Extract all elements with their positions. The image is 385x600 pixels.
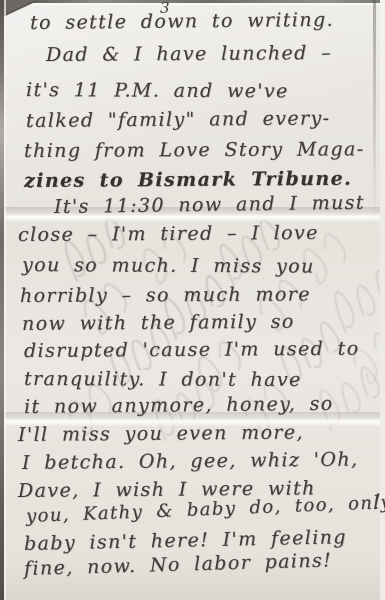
handwritten-letter-page: 3 to settle down to writing. Dad & I hav… bbox=[0, 0, 385, 600]
handwritten-line: close – I'm tired – I love bbox=[18, 222, 319, 246]
handwritten-line: zines to Bismark Tribune. bbox=[24, 168, 352, 192]
handwritten-line: horribly – so much more bbox=[20, 283, 311, 307]
handwritten-line: you so much. I miss you bbox=[22, 254, 315, 278]
handwritten-line: talked "family" and every- bbox=[26, 107, 331, 132]
handwritten-line: now with the family so bbox=[22, 311, 295, 335]
right-vertical-crease bbox=[373, 0, 376, 225]
handwritten-line: disrupted 'cause I'm used to bbox=[24, 338, 360, 362]
handwritten-line: to settle down to writing. bbox=[30, 9, 334, 34]
paper-left-highlight bbox=[4, 0, 6, 600]
handwritten-line: it's 11 P.M. and we've bbox=[26, 79, 289, 102]
handwritten-line: tranquility. I don't have bbox=[24, 368, 302, 391]
handwritten-line: Dad & I have lunched – bbox=[46, 42, 332, 66]
margin-exclamation-mark: ! bbox=[373, 490, 381, 514]
handwritten-line: I betcha. Oh, gee, whiz 'Oh, bbox=[22, 448, 359, 474]
handwritten-line: I'll miss you even more, bbox=[18, 422, 304, 446]
handwritten-line: thing from Love Story Maga- bbox=[24, 138, 365, 162]
paper-top-highlight bbox=[0, 3, 385, 5]
handwritten-line: it now anymore, honey, so bbox=[24, 393, 334, 418]
handwritten-line: It's 11:30 now and I must bbox=[54, 192, 365, 218]
